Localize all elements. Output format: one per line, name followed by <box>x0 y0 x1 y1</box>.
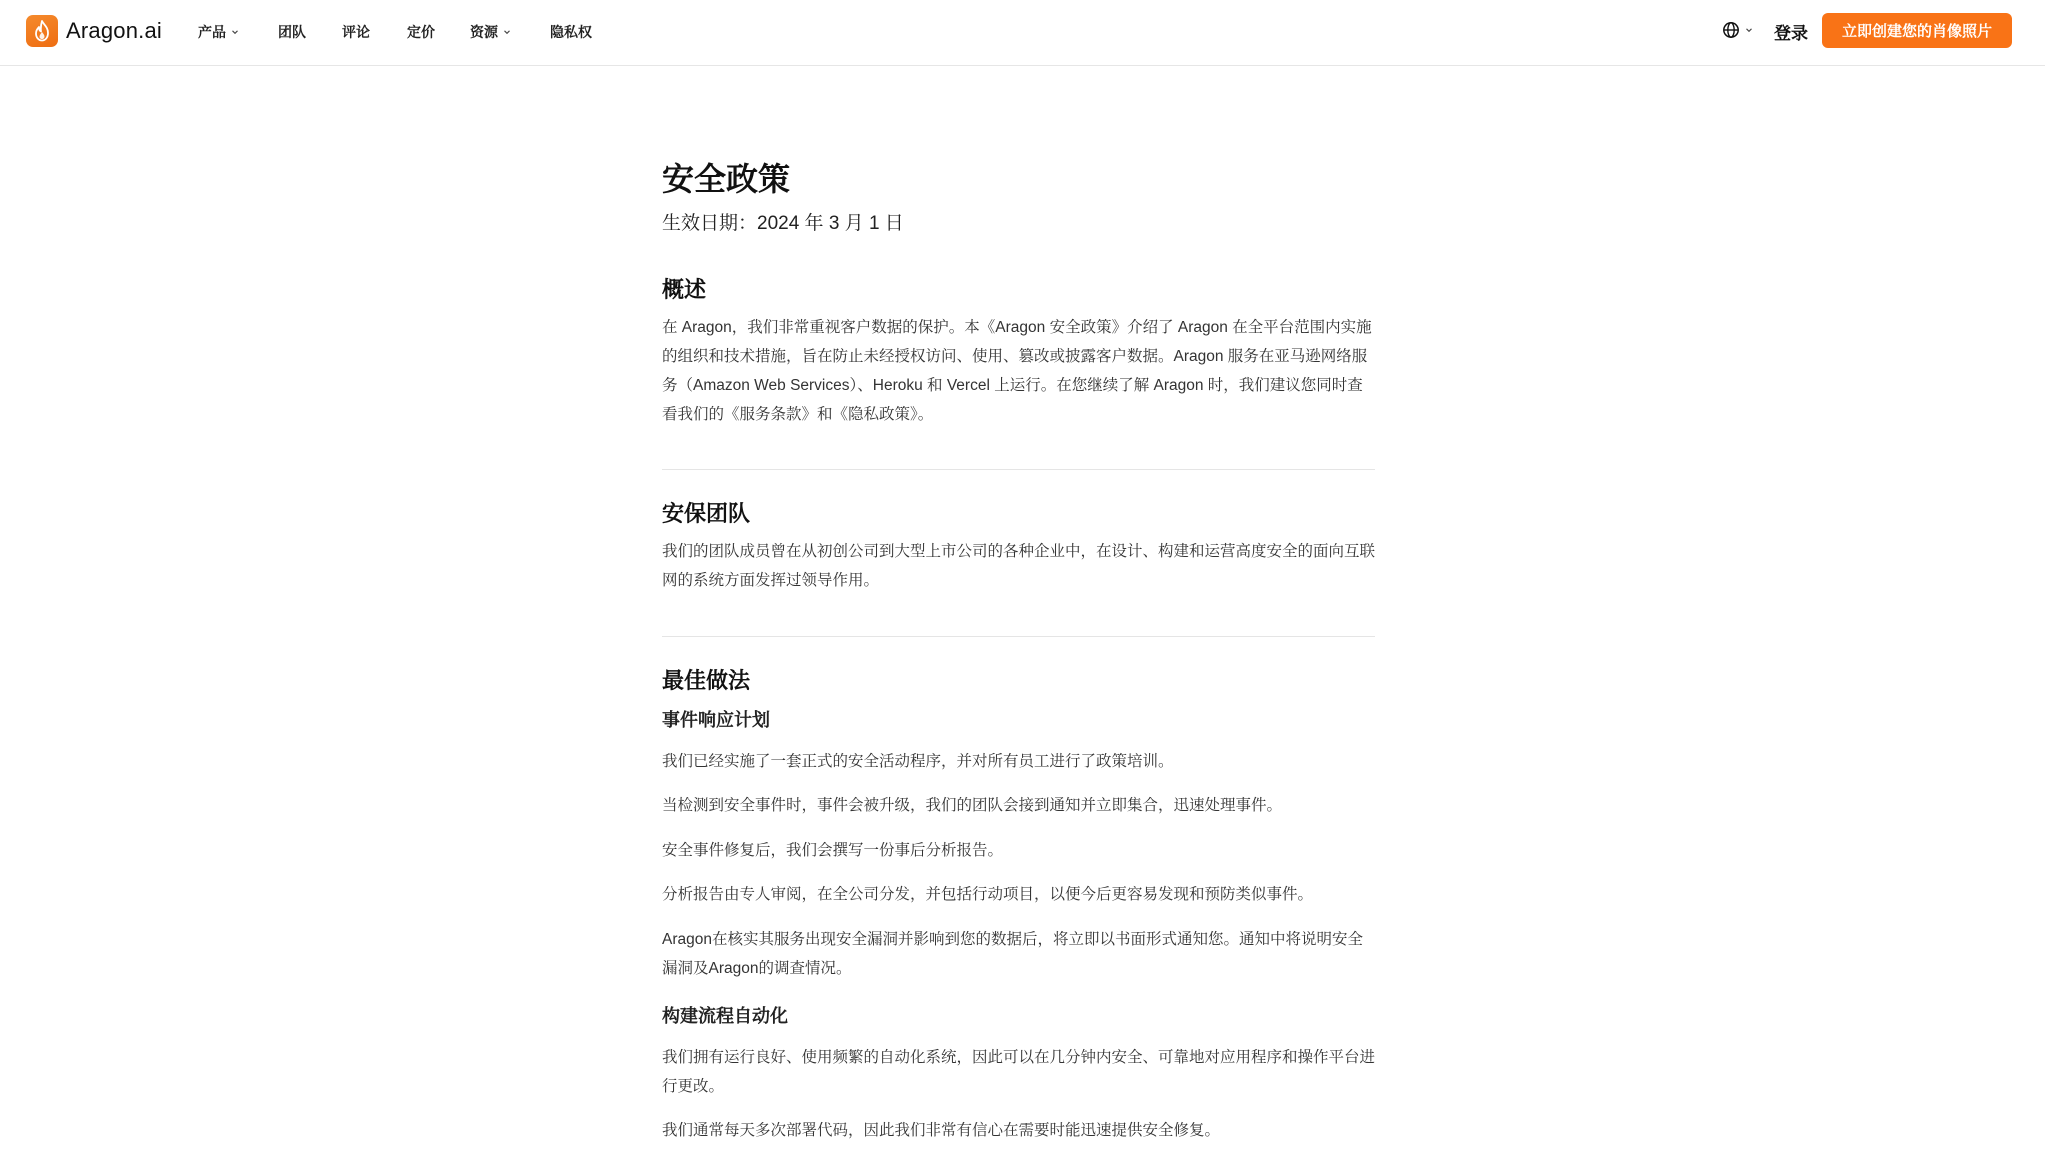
section-heading-best-practices: 最佳做法 <box>662 664 750 695</box>
incident-paragraph: 分析报告由专人审阅，在全公司分发，并包括行动项目，以便今后更容易发现和预防类似事… <box>662 880 1375 909</box>
nav-item-label: 隐私权 <box>550 22 592 42</box>
subsection-heading-incident-response: 事件响应计划 <box>662 706 770 732</box>
section-heading-security-team: 安保团队 <box>662 497 750 528</box>
nav-item-label: 产品 <box>198 22 226 42</box>
chevron-down-icon <box>1745 26 1753 34</box>
automation-paragraph: 我们拥有运行良好、使用频繁的自动化系统，因此可以在几分钟内安全、可靠地对应用程序… <box>662 1043 1375 1101</box>
chevron-down-icon <box>503 28 511 36</box>
security-team-paragraph: 我们的团队成员曾在从初创公司到大型上市公司的各种企业中，在设计、构建和运营高度安… <box>662 537 1375 595</box>
nav-item-team[interactable]: 团队 <box>278 22 306 42</box>
brand-name: Aragon.ai <box>66 18 162 44</box>
nav-item-label: 团队 <box>278 22 306 42</box>
incident-paragraph: 当检测到安全事件时，事件会被升级，我们的团队会接到通知并立即集合，迅速处理事件。 <box>662 791 1375 820</box>
nav-item-privacy[interactable]: 隐私权 <box>550 22 592 42</box>
create-headshot-button[interactable]: 立即创建您的肖像照片 <box>1822 13 2012 48</box>
incident-paragraph: 我们已经实施了一套正式的安全活动程序，并对所有员工进行了政策培训。 <box>662 747 1375 776</box>
login-link[interactable]: 登录 <box>1774 19 1808 44</box>
flame-icon <box>26 15 58 47</box>
nav-item-pricing[interactable]: 定价 <box>407 22 435 42</box>
nav-item-label: 评论 <box>342 22 370 42</box>
page-title: 安全政策 <box>662 154 790 200</box>
section-heading-overview: 概述 <box>662 273 706 304</box>
nav-item-resources[interactable]: 资源 <box>470 22 511 42</box>
language-selector[interactable] <box>1722 21 1753 39</box>
section-divider <box>662 636 1375 637</box>
overview-paragraph: 在 Aragon，我们非常重视客户数据的保护。本《Aragon 安全政策》介绍了… <box>662 313 1375 429</box>
brand-logo-link[interactable]: Aragon.ai <box>26 15 162 47</box>
chevron-down-icon <box>231 28 239 36</box>
nav-item-label: 定价 <box>407 22 435 42</box>
incident-paragraph: Aragon在核实其服务出现安全漏洞并影响到您的数据后，将立即以书面形式通知您。… <box>662 925 1375 983</box>
top-navbar: Aragon.ai 产品 团队 评论 定价 资源 隐私权 登录 立 <box>0 0 2045 66</box>
globe-icon <box>1722 21 1740 39</box>
subsection-heading-build-automation: 构建流程自动化 <box>662 1002 788 1028</box>
nav-item-reviews[interactable]: 评论 <box>342 22 370 42</box>
nav-item-products[interactable]: 产品 <box>198 22 239 42</box>
incident-paragraph: 安全事件修复后，我们会撰写一份事后分析报告。 <box>662 836 1375 865</box>
nav-item-label: 资源 <box>470 22 498 42</box>
effective-date: 生效日期：2024 年 3 月 1 日 <box>662 208 904 235</box>
automation-paragraph: 我们通常每天多次部署代码，因此我们非常有信心在需要时能迅速提供安全修复。 <box>662 1116 1375 1145</box>
section-divider <box>662 469 1375 470</box>
